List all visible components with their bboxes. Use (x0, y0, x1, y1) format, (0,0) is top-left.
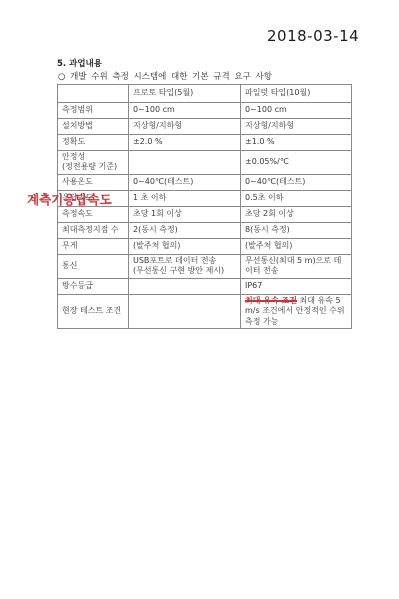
row-proto-value: USB포트로 데이터 전송 (무선통신 구현 방안 제시) (129, 254, 241, 278)
row-label: 현장 테스트 조건 (58, 294, 129, 328)
row-proto-value (129, 151, 241, 175)
row-pilot-value: 지상형/지하형 (241, 119, 352, 135)
row-pilot-value: 초당 2회 이상 (241, 206, 352, 222)
row-pilot-value: 최대 유속 조건 최대 유속 5 m/s 조건에서 안정적인 수위 측정 가능 (241, 294, 352, 328)
row-pilot-value: IP67 (241, 278, 352, 294)
row-proto-value (129, 294, 241, 328)
table-row-communication: 통신 USB포트로 데이터 전송 (무선통신 구현 방안 제시) 무선통신(최대… (58, 254, 352, 278)
row-label: 사용온도 (58, 174, 129, 190)
table-row-install-method: 설치방법 지상형/지하형 지상형/지하형 (58, 119, 352, 135)
table-row-measure-speed: 측정속도 초당 1회 이상 초당 2회 이상 (58, 206, 352, 222)
document-page: { "page": { "date": "2018-03-14" }, "sec… (0, 0, 399, 599)
table-row-measure-range: 측정범위 0~100 cm 0~100 cm (58, 103, 352, 119)
row-proto-value: (발주처 협의) (129, 238, 241, 254)
table-row-operating-temp: 사용온도 0~40℃(테스트) 0~40℃(테스트) (58, 174, 352, 190)
row-pilot-value: 8(동시 측정) (241, 222, 352, 238)
table-row-stability: 안정성 (정전용량 기준) ±0.05%/℃ (58, 151, 352, 175)
section-heading: 5. 과업내용 (57, 57, 102, 69)
table-row-field-test: 현장 테스트 조건 최대 유속 조건 최대 유속 5 m/s 조건에서 안정적인… (58, 294, 352, 328)
row-pilot-value: (발주처 협의) (241, 238, 352, 254)
table-row-weight: 무게 (발주처 협의) (발주처 협의) (58, 238, 352, 254)
table-header-row: 프로토 타입(5월) 파일럿 타입(10월) (58, 85, 352, 103)
row-pilot-value: 0.5초 이하 (241, 190, 352, 206)
row-proto-value: ±2.0 % (129, 135, 241, 151)
struck-red-text: 최대 유속 조건 (245, 296, 297, 305)
row-proto-value: 지상형/지하형 (129, 119, 241, 135)
row-pilot-value: ±0.05%/℃ (241, 151, 352, 175)
row-pilot-value: 0~100 cm (241, 103, 352, 119)
table-row-accuracy: 정확도 ±2.0 % ±1.0 % (58, 135, 352, 151)
red-pen-annotation: 계측기응답속도 (27, 190, 112, 208)
table-row-max-points: 최대측정지점 수 2(동시 측정) 8(동시 측정) (58, 222, 352, 238)
document-date: 2018-03-14 (267, 27, 359, 45)
row-label: 방수등급 (58, 278, 129, 294)
row-label: 측정범위 (58, 103, 129, 119)
row-proto-value (129, 278, 241, 294)
header-pilot-cell: 파일럿 타입(10월) (241, 85, 352, 103)
section-bullet-line: ○ 개발 수위 측정 시스템에 대한 기본 규격 요구 사항 (58, 70, 272, 82)
row-pilot-value: 0~40℃(테스트) (241, 174, 352, 190)
row-proto-value: 2(동시 측정) (129, 222, 241, 238)
table-row-waterproof-rating: 방수등급 IP67 (58, 278, 352, 294)
header-blank-cell (58, 85, 129, 103)
header-proto-cell: 프로토 타입(5월) (129, 85, 241, 103)
row-label: 정확도 (58, 135, 129, 151)
row-label: 안정성 (정전용량 기준) (58, 151, 129, 175)
row-label: 통신 (58, 254, 129, 278)
row-label: 설치방법 (58, 119, 129, 135)
row-proto-value: 초당 1회 이상 (129, 206, 241, 222)
row-label: 측정속도 (58, 206, 129, 222)
row-proto-value: 0~40℃(테스트) (129, 174, 241, 190)
row-label: 최대측정지점 수 (58, 222, 129, 238)
row-pilot-value: ±1.0 % (241, 135, 352, 151)
row-proto-value: 1 초 이하 (129, 190, 241, 206)
row-label: 무게 (58, 238, 129, 254)
row-pilot-value: 무선통신(최대 5 m)으로 데이터 전송 (241, 254, 352, 278)
row-proto-value: 0~100 cm (129, 103, 241, 119)
